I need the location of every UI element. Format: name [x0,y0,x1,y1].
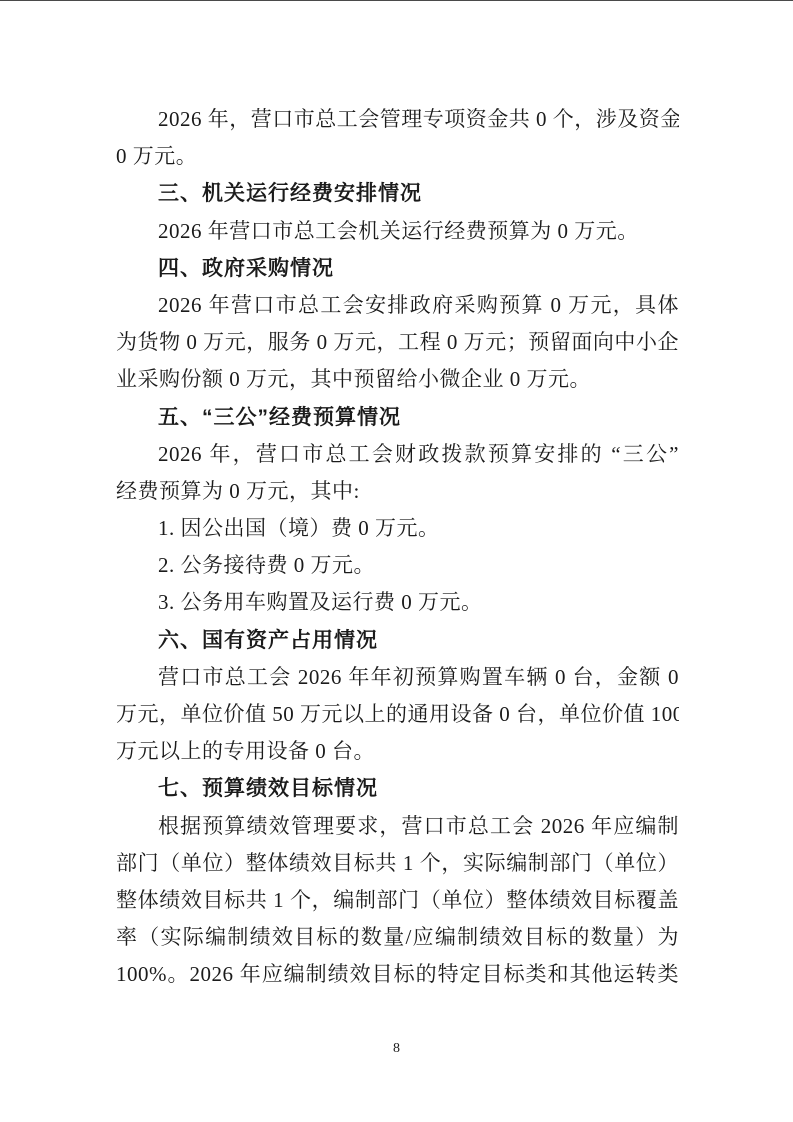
paragraph-line: 整体绩效目标共 1 个，编制部门（单位）整体绩效目标覆盖 [116,882,679,919]
paragraph-line: 经费预算为 0 万元，其中: [116,473,679,510]
section-heading: 三、机关运行经费安排情况 [116,175,679,212]
paragraph-line: 营口市总工会 2026 年年初预算购置车辆 0 台，金额 0 [116,659,679,696]
document-page: { "page": { "background": "#ffffff", "te… [0,0,793,1122]
list-item: 1. 因公出国（境）费 0 万元。 [116,510,679,547]
list-item: 2. 公务接待费 0 万元。 [116,547,679,584]
document-body: 2026 年，营口市总工会管理专项资金共 0 个，涉及资金 0 万元。 三、机关… [116,101,679,994]
paragraph-line: 万元，单位价值 50 万元以上的通用设备 0 台，单位价值 100 [116,696,679,733]
paragraph-line: 部门（单位）整体绩效目标共 1 个，实际编制部门（单位） [116,845,679,882]
paragraph-line: 万元以上的专用设备 0 台。 [116,733,679,770]
section-heading: 四、政府采购情况 [116,250,679,287]
paragraph-line: 2026 年，营口市总工会财政拨款预算安排的 “三公” [116,436,679,473]
section-heading: 七、预算绩效目标情况 [116,770,679,807]
section-heading: 五、“三公”经费预算情况 [116,399,679,436]
paragraph-line: 2026 年营口市总工会安排政府采购预算 0 万元，具体 [116,287,679,324]
paragraph-line: 0 万元。 [116,138,679,175]
section-heading: 六、国有资产占用情况 [116,622,679,659]
paragraph-line: 率（实际编制绩效目标的数量/应编制绩效目标的数量）为 [116,919,679,956]
paragraph-line: 2026 年营口市总工会机关运行经费预算为 0 万元。 [116,213,679,250]
paragraph-line: 业采购份额 0 万元，其中预留给小微企业 0 万元。 [116,361,679,398]
paragraph-line: 2026 年，营口市总工会管理专项资金共 0 个，涉及资金 [116,101,679,138]
page: 2026 年，营口市总工会管理专项资金共 0 个，涉及资金 0 万元。 三、机关… [0,0,793,1122]
paragraph-line: 为货物 0 万元，服务 0 万元，工程 0 万元；预留面向中小企 [116,324,679,361]
page-footer: 8 [0,1039,793,1059]
paragraph-line: 100%。2026 年应编制绩效目标的特定目标类和其他运转类 [116,956,679,993]
paragraph-line: 根据预算绩效管理要求，营口市总工会 2026 年应编制 [116,808,679,845]
page-number: 8 [393,1041,400,1056]
list-item: 3. 公务用车购置及运行费 0 万元。 [116,584,679,621]
